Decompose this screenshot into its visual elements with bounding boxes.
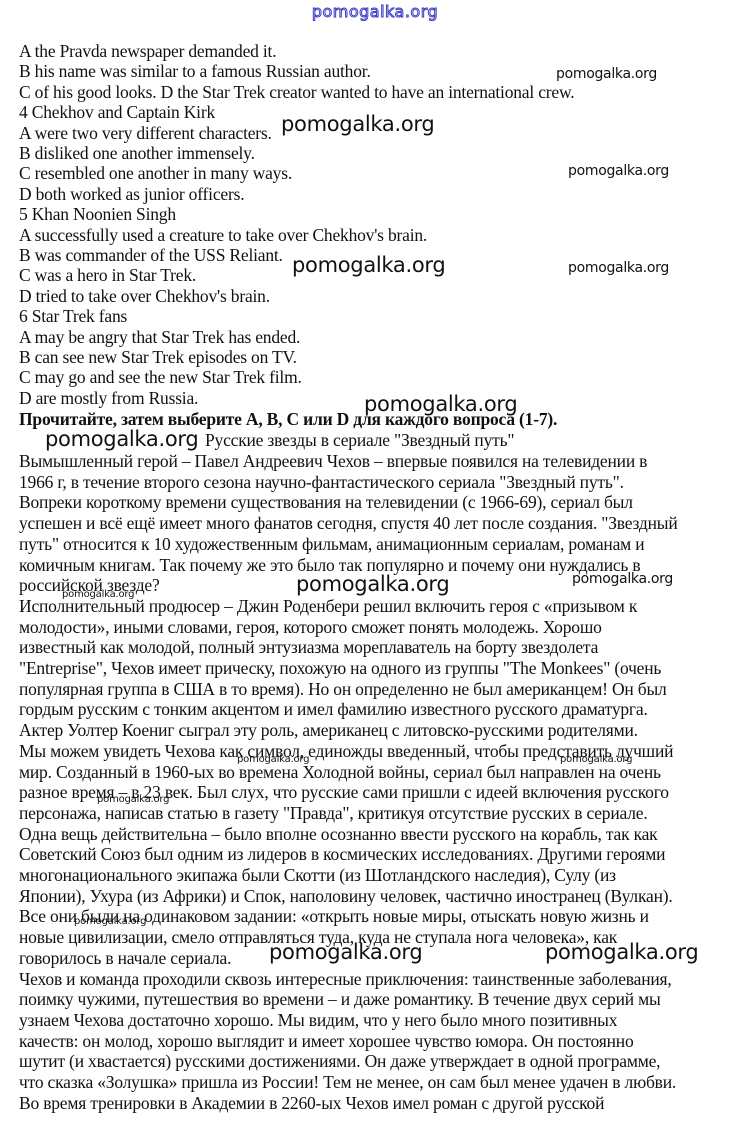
article-line: 1966 г, в течение второго сезона научно-… bbox=[19, 472, 624, 492]
watermark: pomogalka.org bbox=[556, 67, 657, 81]
option-line: B his name was similar to a famous Russi… bbox=[19, 61, 371, 81]
article-line: многонационального экипажа были Скотти (… bbox=[19, 865, 616, 885]
article-line: Вымышленный герой – Павел Андреевич Чехо… bbox=[19, 451, 647, 471]
option-line: D both worked as junior officers. bbox=[19, 184, 244, 204]
option-line: C of his good looks. D the Star Trek cre… bbox=[19, 82, 574, 102]
option-line: D tried to take over Chekhov's brain. bbox=[19, 286, 270, 306]
watermark: pomogalka.org bbox=[62, 590, 134, 600]
option-line: B can see new Star Trek episodes on TV. bbox=[19, 347, 297, 367]
article-line: Вопреки короткому времени существования … bbox=[19, 492, 633, 512]
watermark: pomogalka.org bbox=[560, 755, 632, 765]
watermark: pomogalka.org bbox=[74, 917, 146, 927]
option-line: C was a hero in Star Trek. bbox=[19, 265, 196, 285]
article-line: что сказка «Золушка» пришла из России! Т… bbox=[19, 1072, 676, 1092]
article-line: успешен и всё ещё имеет много фанатов се… bbox=[19, 513, 678, 533]
article-line: гордым русским с тонким акцентом и имел … bbox=[19, 699, 648, 719]
article-line: популярная группа в США в то время). Но … bbox=[19, 679, 667, 699]
option-line: A the Pravda newspaper demanded it. bbox=[19, 41, 276, 61]
option-line: D are mostly from Russia. bbox=[19, 388, 198, 408]
article-line: молодости», иными словами, героя, которо… bbox=[19, 617, 602, 637]
article-line: Японии), Ухура (из Африки) и Спок, напол… bbox=[19, 886, 673, 906]
article-line: качеств: он молод, хорошо выглядит и име… bbox=[19, 1031, 634, 1051]
article-line: Чехов и команда проходили сквозь интерес… bbox=[19, 969, 672, 989]
watermark: pomogalka.org bbox=[292, 255, 445, 276]
option-line: A were two very different characters. bbox=[19, 123, 272, 143]
article-line: путь" относится к 10 художественным филь… bbox=[19, 534, 644, 554]
watermark: pomogalka.org bbox=[545, 942, 698, 963]
watermark: pomogalka.org bbox=[97, 795, 169, 805]
article-line: "Entreprise", Чехов имеет прическу, похо… bbox=[19, 658, 661, 678]
article-line: Советский Союз был одним из лидеров в ко… bbox=[19, 844, 665, 864]
option-line: 6 Star Trek fans bbox=[19, 306, 127, 326]
article-title: Русские звезды в сериале "Звездный путь" bbox=[205, 430, 514, 450]
option-line: B was commander of the USS Reliant. bbox=[19, 245, 283, 265]
option-line: 4 Chekhov and Captain Kirk bbox=[19, 102, 215, 122]
watermark: pomogalka.org bbox=[45, 429, 198, 450]
watermark: pomogalka.org bbox=[296, 574, 449, 595]
article-line: шутит (и хвастается) русскими достижения… bbox=[19, 1051, 660, 1071]
watermark: pomogalka.org bbox=[281, 114, 434, 135]
option-line: C resembled one another in many ways. bbox=[19, 163, 292, 183]
article-line: известный как молодой, полный энтузиазма… bbox=[19, 637, 598, 657]
option-line: A may be angry that Star Trek has ended. bbox=[19, 327, 300, 347]
article-line: персонажа, написав статью в газету "Прав… bbox=[19, 803, 648, 823]
article-line: Актер Уолтер Коениг сыграл эту роль, аме… bbox=[19, 720, 638, 740]
article-line: поимку чужими, путешествия во времени – … bbox=[19, 989, 661, 1009]
option-line: C may go and see the new Star Trek film. bbox=[19, 367, 302, 387]
watermark: pomogalka.org bbox=[572, 572, 673, 586]
article-line: Одна вещь действительна – было вполне ос… bbox=[19, 824, 657, 844]
option-line: A successfully used a creature to take o… bbox=[19, 225, 427, 245]
article-line: говорилось в начале сериала. bbox=[19, 948, 231, 968]
watermark: pomogalka.org bbox=[568, 164, 669, 178]
watermark: pomogalka.org bbox=[237, 755, 309, 765]
option-line: B disliked one another immensely. bbox=[19, 143, 255, 163]
article-line: Во время тренировки в Академии в 2260-ых… bbox=[19, 1093, 604, 1113]
watermark: pomogalka.org bbox=[269, 942, 422, 963]
site-watermark-top: pomogalka.org bbox=[0, 2, 750, 21]
watermark: pomogalka.org bbox=[568, 261, 669, 275]
option-line: 5 Khan Noonien Singh bbox=[19, 204, 176, 224]
article-line: узнаем Чехова достаточно хорошо. Мы види… bbox=[19, 1010, 617, 1030]
watermark: pomogalka.org bbox=[364, 394, 517, 415]
